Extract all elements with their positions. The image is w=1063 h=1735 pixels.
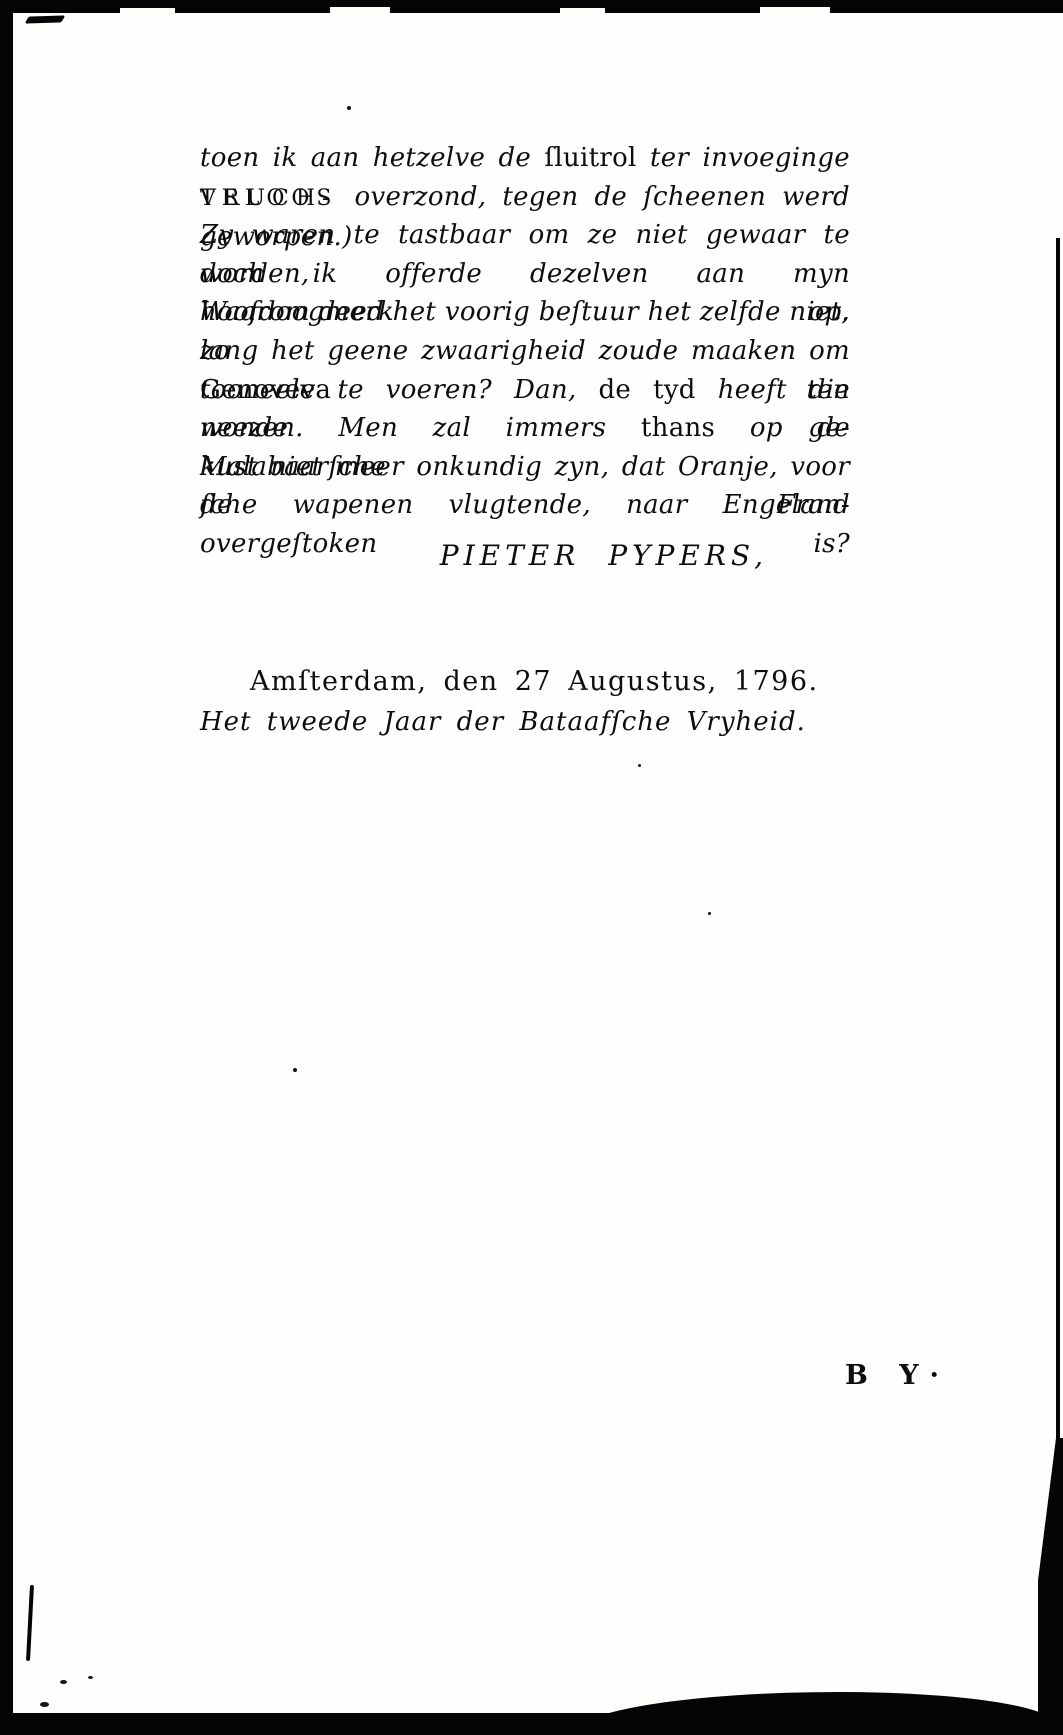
scan-edge-notch: [760, 7, 830, 13]
line-text: ſluitrol: [544, 143, 636, 173]
dateline: Amſterdam, den 27 Augustus, 1796.: [200, 662, 850, 702]
scan-speck: [347, 106, 351, 110]
paragraph-line: kust niet meer onkundig zyn, dat Oranje,…: [200, 448, 850, 487]
scan-scratch-bottomleft: [26, 1585, 34, 1661]
scan-speck: [60, 1680, 67, 1684]
paragraph-line: Waarom deed het voorig beſtuur het zelfd…: [200, 293, 850, 332]
scan-speck: [708, 912, 711, 915]
text-block: toen ik aan hetzelve de ſluitrol ter inv…: [200, 139, 850, 742]
paragraph-line: toen ik aan hetzelve de ſluitrol ter inv…: [200, 139, 850, 178]
line-text-smallcaps: TELOOS: [200, 186, 339, 211]
yearline: Het tweede Jaar der Bataafſche Vryheid.: [200, 702, 850, 742]
line-text: de tyd: [577, 375, 718, 405]
scan-mark-topleft: [25, 15, 65, 23]
scanned-book-page: toen ik aan hetzelve de ſluitrol ter inv…: [0, 0, 1063, 1735]
line-text: neezen. Men zal immers: [200, 413, 641, 443]
scan-edge-notch: [330, 7, 390, 13]
line-text: toen ik aan hetzelve de: [200, 143, 544, 173]
scan-edge-bottom-hump: [575, 1692, 1055, 1735]
line-text: thans: [641, 413, 715, 443]
scan-edge-right-corner: [1038, 1438, 1063, 1735]
catchword: B Y·: [845, 1360, 950, 1391]
scan-speck: [638, 764, 641, 767]
scan-edge-notch: [120, 8, 175, 13]
line-text: lang het geene zwaarigheid zoude maaken …: [200, 336, 850, 366]
scan-edge-left: [0, 0, 13, 1735]
paragraph-line: doch ik offerde dezelven aan myn hoofdoo…: [200, 255, 850, 294]
scan-edge-notch: [560, 8, 605, 13]
paragraph-line: neezen. Men zal immers thans op de Malab…: [200, 409, 850, 448]
scan-speck: [40, 1702, 49, 1707]
scan-edge-right: [1056, 238, 1060, 1448]
line-text: tooneele te voeren?: [200, 375, 514, 405]
paragraph-line: Zy waren te tastbaar om ze niet gewaar t…: [200, 216, 850, 255]
scan-speck: [293, 1068, 297, 1072]
paragraph-line: TELOOS overzond, tegen de ſcheenen werd …: [200, 178, 850, 217]
scan-speck: [88, 1676, 93, 1679]
paragraph-line: tooneele te voeren? Dan, de tyd heeft di…: [200, 371, 850, 410]
line-text: Dan,: [514, 375, 577, 405]
paragraph-line: lang het geene zwaarigheid zoude maaken …: [200, 332, 850, 371]
paragraph-line: ſche wapenen vlugtende, naar Engeland ov…: [200, 486, 850, 525]
line-text: ter invoeginge: [637, 143, 850, 173]
